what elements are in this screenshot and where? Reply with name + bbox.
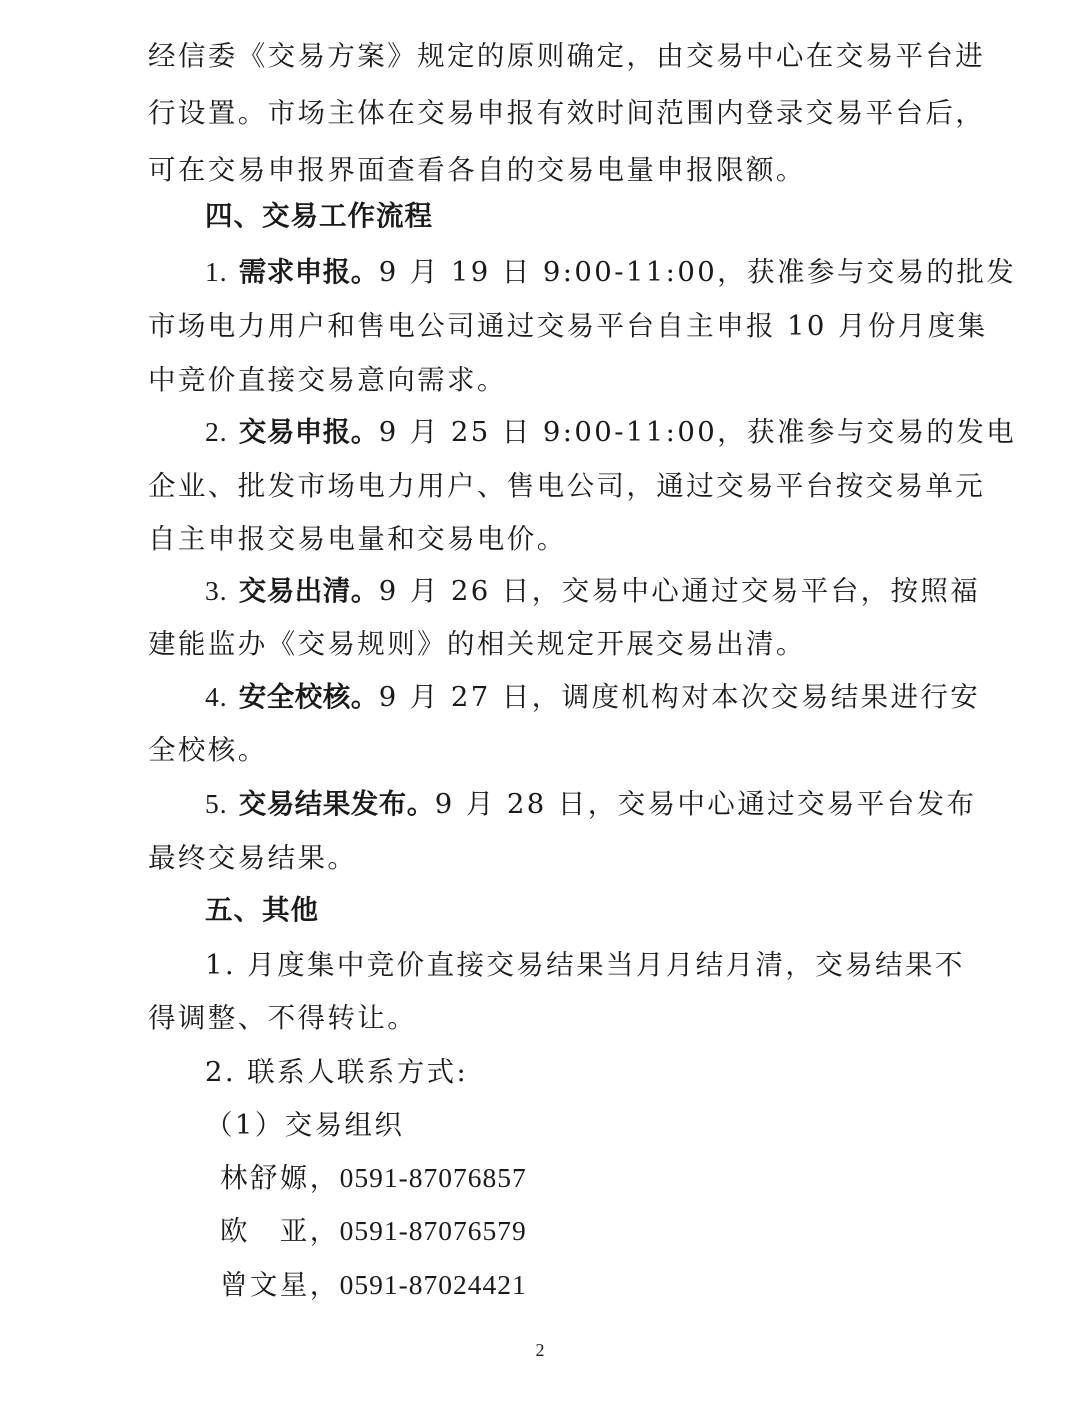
item-number: 5.: [205, 788, 228, 819]
contact-phone: 0591-87076579: [340, 1215, 527, 1246]
item-title: 安全校核。: [239, 681, 379, 713]
item-title: 交易出清。: [239, 575, 379, 607]
intro-line-3: 可在交易申报界面查看各自的交易电量申报限额。: [148, 150, 948, 190]
comma: ，: [310, 1269, 340, 1301]
workflow-item-2-line-3: 自主申报交易电量和交易电价。: [148, 519, 948, 559]
intro-line-2: 行设置。市场主体在交易申报有效时间范围内登录交易平台后，: [148, 93, 948, 133]
item-number: 1.: [205, 256, 228, 287]
workflow-item-4: 4. 安全校核。9 月 27 日，调度机构对本次交易结果进行安: [205, 677, 1005, 717]
workflow-item-1-line-3: 中竞价直接交易意向需求。: [148, 360, 948, 400]
item-title: 交易结果发布。: [239, 788, 435, 820]
item-text: 9 月 19 日 9:00-11:00，获准参与交易的批发: [379, 256, 1016, 288]
contact-row-2: 欧 亚，0591-87076579: [220, 1211, 1020, 1251]
item-title: 交易申报。: [239, 416, 379, 448]
workflow-item-1: 1. 需求申报。9 月 19 日 9:00-11:00，获准参与交易的批发: [205, 252, 1005, 292]
intro-line-1: 经信委《交易方案》规定的原则确定，由交易中心在交易平台进: [148, 36, 948, 76]
workflow-item-5-line-2: 最终交易结果。: [148, 838, 948, 878]
workflow-item-1-line-2: 市场电力用户和售电公司通过交易平台自主申报 10 月份月度集: [148, 306, 948, 346]
workflow-item-5: 5. 交易结果发布。9 月 28 日，交易中心通过交易平台发布: [205, 784, 1005, 824]
contact-name: 曾文星: [220, 1269, 310, 1301]
workflow-item-3: 3. 交易出清。9 月 26 日，交易中心通过交易平台，按照福: [205, 571, 1005, 611]
contact-name: 林舒嫄: [220, 1162, 310, 1194]
comma: ，: [310, 1215, 340, 1247]
workflow-item-2: 2. 交易申报。9 月 25 日 9:00-11:00，获准参与交易的发电: [205, 412, 1005, 452]
workflow-item-4-line-2: 全校核。: [148, 730, 948, 770]
contact-phone: 0591-87024421: [340, 1269, 527, 1300]
contact-row-1: 林舒嫄，0591-87076857: [220, 1158, 1020, 1198]
section-heading-other: 五、其他: [205, 890, 1005, 930]
item-text: 9 月 26 日，交易中心通过交易平台，按照福: [379, 575, 980, 607]
item-number: 3.: [205, 575, 228, 606]
contact-name: 欧 亚: [220, 1215, 310, 1247]
contact-row-3: 曾文星，0591-87024421: [220, 1265, 1020, 1305]
item-text: 9 月 25 日 9:00-11:00，获准参与交易的发电: [379, 416, 1016, 448]
item-text: 9 月 27 日，调度机构对本次交易结果进行安: [379, 681, 980, 713]
item-number: 2.: [205, 416, 228, 447]
item-number: 4.: [205, 681, 228, 712]
comma: ，: [310, 1162, 340, 1194]
contact-label: 2. 联系人联系方式:: [205, 1052, 1005, 1092]
section-heading-workflow: 四、交易工作流程: [205, 196, 1005, 236]
page-number: 2: [0, 1340, 1080, 1361]
workflow-item-2-line-2: 企业、批发市场电力用户、售电公司，通过交易平台按交易单元: [148, 466, 948, 506]
contact-phone: 0591-87076857: [340, 1162, 527, 1193]
contact-subsection: （1）交易组织: [205, 1105, 1005, 1145]
workflow-item-3-line-2: 建能监办《交易规则》的相关规定开展交易出清。: [148, 624, 948, 664]
item-title: 需求申报。: [239, 256, 379, 288]
item-text: 9 月 28 日，交易中心通过交易平台发布: [435, 788, 977, 820]
document-page: 经信委《交易方案》规定的原则确定，由交易中心在交易平台进 行设置。市场主体在交易…: [0, 0, 1080, 1421]
other-item-1-line-2: 得调整、不得转让。: [148, 998, 948, 1038]
other-item-1: 1. 月度集中竞价直接交易结果当月月结月清，交易结果不: [205, 945, 1005, 985]
